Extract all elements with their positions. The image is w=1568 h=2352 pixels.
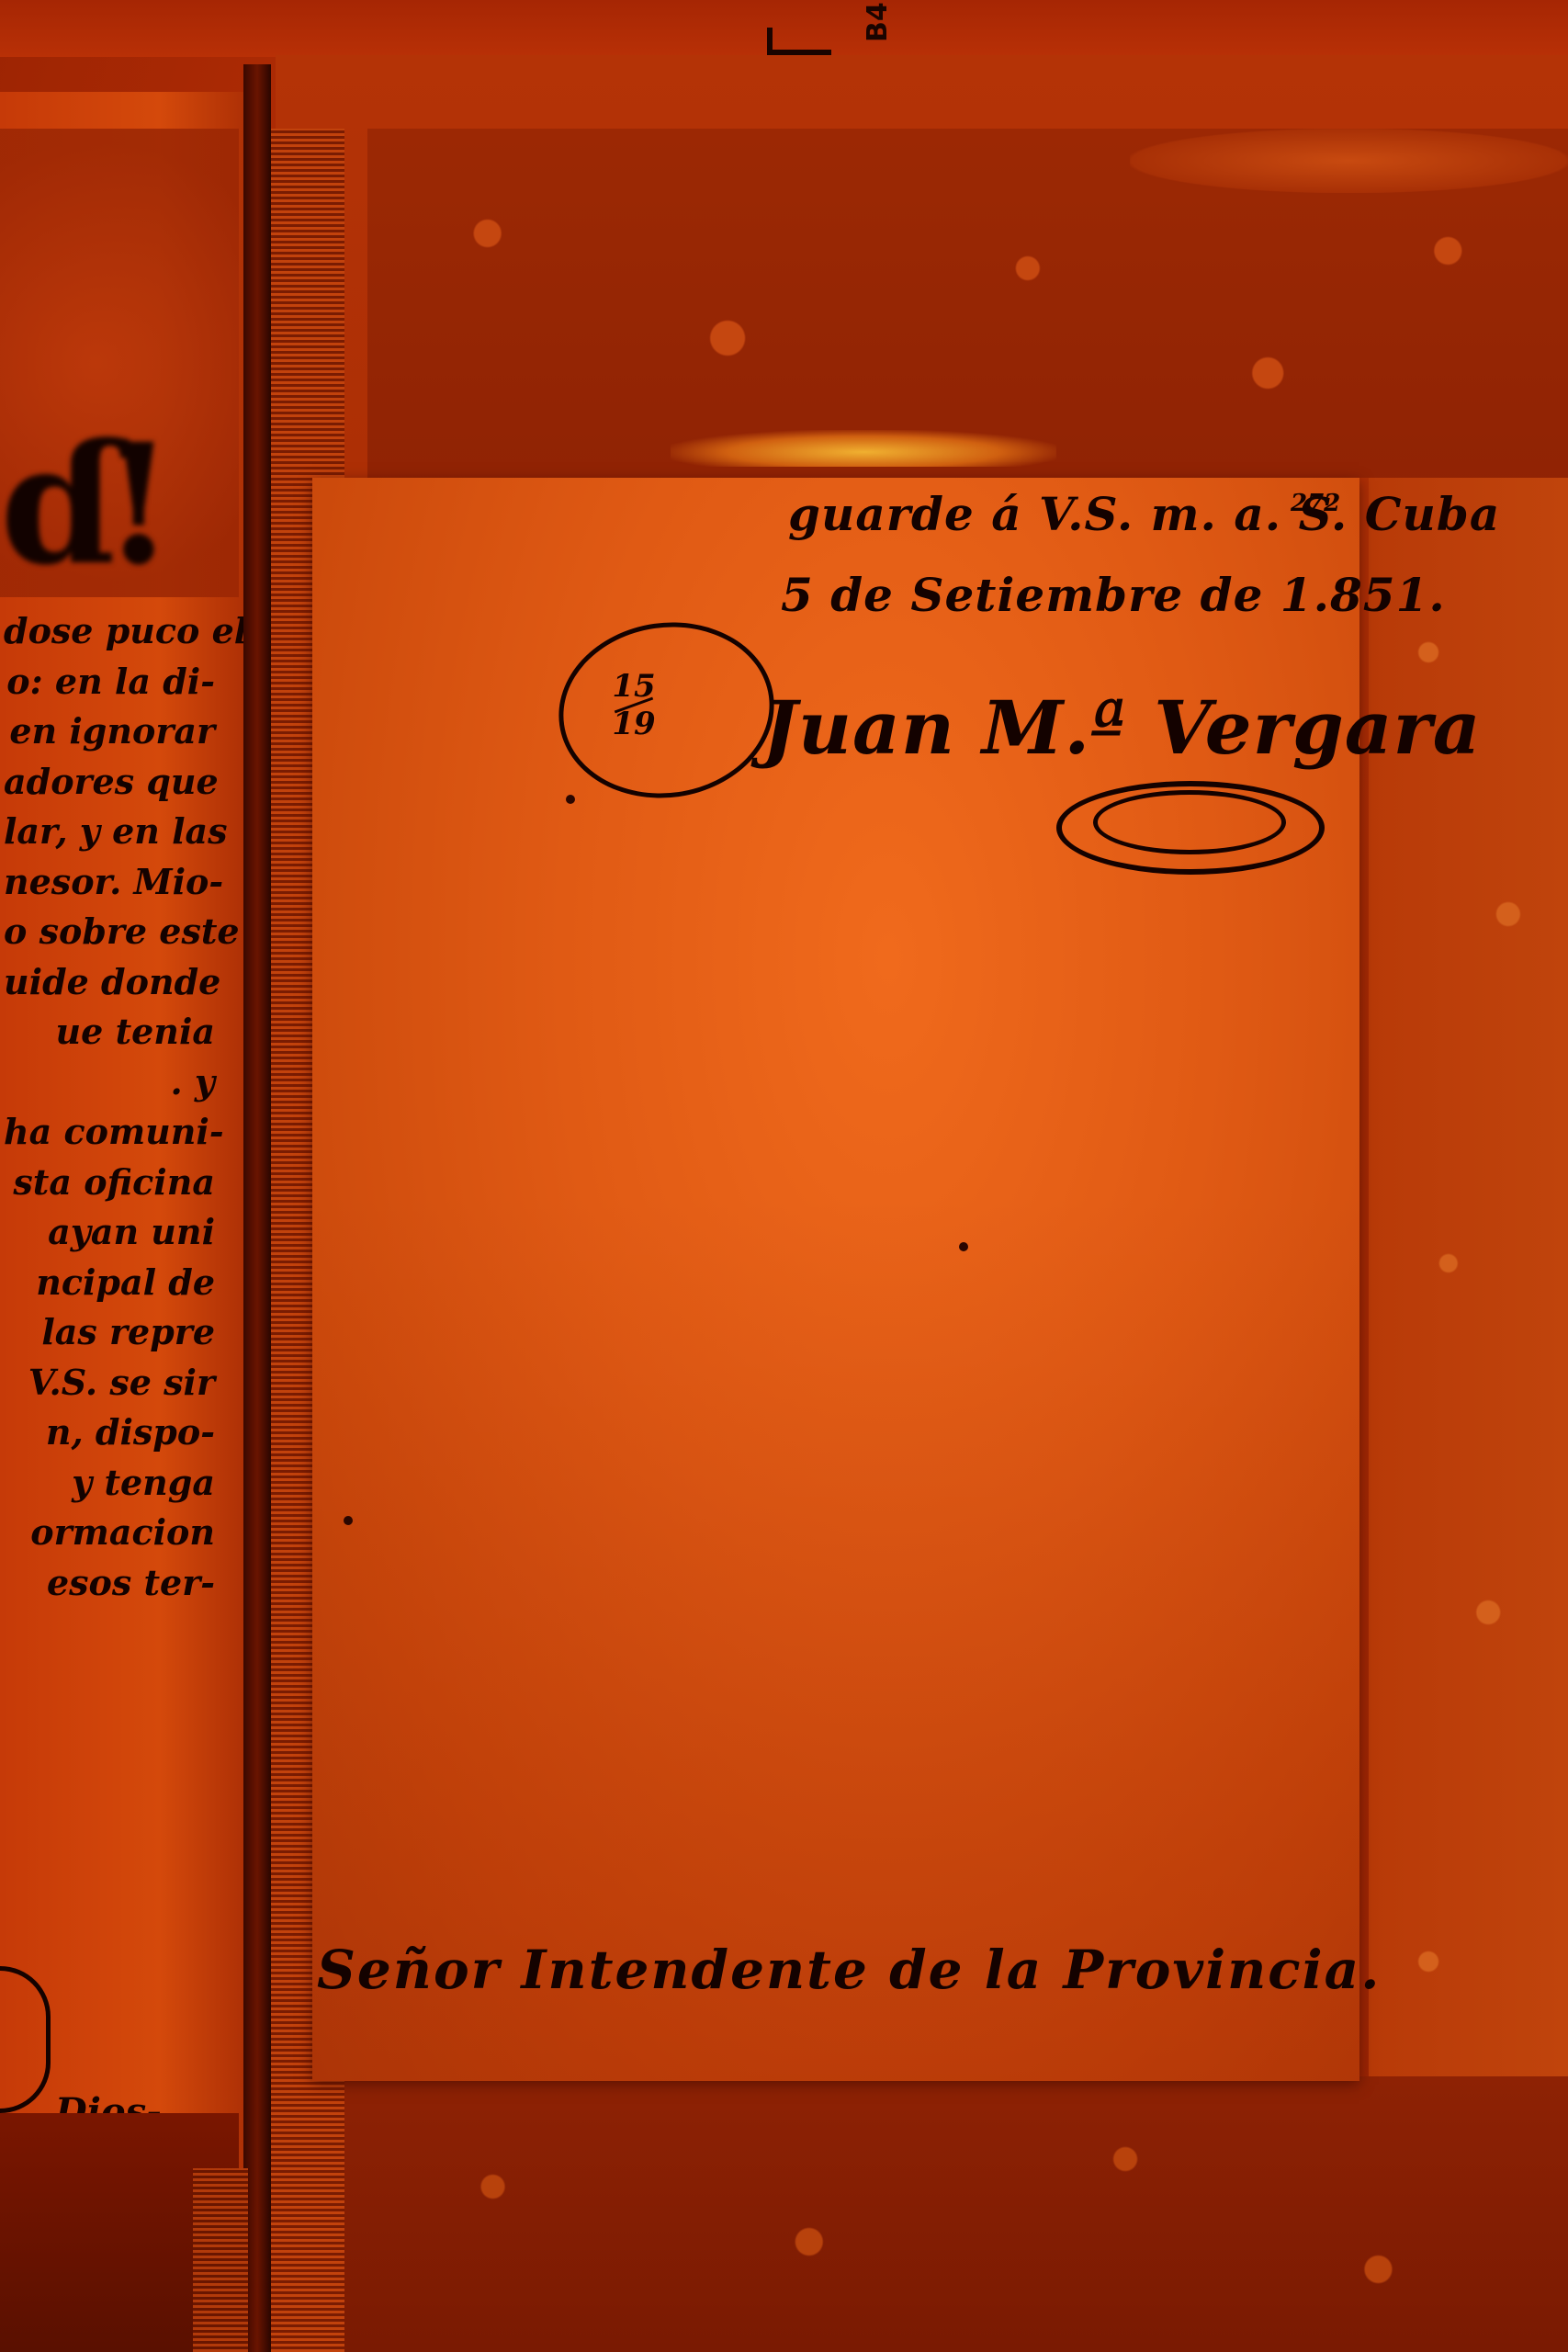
left-page-line: . y — [4, 1057, 215, 1108]
signature-rubric-inner — [1093, 790, 1286, 854]
seal-fraction: 15 19 — [606, 671, 661, 740]
left-page-line: uide donde — [4, 957, 215, 1008]
closing-line-2-date: 5 de Setiembre de 1.851. — [781, 568, 1446, 622]
left-page-line: V.S. se sir — [4, 1358, 215, 1408]
left-page-line: ha comuni- — [4, 1107, 215, 1158]
closing-line-1: guarde á V.S. m. a. S. Cuba — [788, 487, 1500, 541]
ruler-corner-mark — [767, 28, 831, 55]
paper-fold — [1130, 129, 1568, 193]
left-page-line: y tenga — [4, 1458, 215, 1509]
left-page-line: nesor. Mio- — [4, 857, 215, 908]
left-page-line: sta oficina — [4, 1158, 215, 1208]
ink-speck — [959, 1242, 968, 1251]
left-page-line: ue tenia — [4, 1007, 215, 1057]
bottom-texture — [303, 2076, 1568, 2352]
ruler-label: B4 — [862, 2, 894, 42]
left-page-line: las repre — [4, 1307, 215, 1358]
signature: Juan M.ª Vergara — [762, 684, 1482, 771]
ink-blot: ɗ! — [0, 413, 165, 597]
ink-speck — [566, 795, 575, 804]
left-page-line: dose puco el — [4, 606, 215, 657]
left-page-text: dose puco elo: en la di-en ignoraradores… — [4, 606, 215, 1608]
left-page-line: ayan uni — [4, 1207, 215, 1258]
left-page-line: lar, y en las — [4, 807, 215, 857]
binding-gutter — [243, 64, 271, 2352]
left-page-line: ncipal de — [4, 1258, 215, 1308]
left-page-line: ormacion — [4, 1508, 215, 1558]
left-page-line: adores que — [4, 757, 215, 808]
ink-speck — [344, 1516, 353, 1525]
addressee-line: Señor Intendente de la Provincia. — [317, 1939, 1381, 2001]
light-glare — [671, 430, 1056, 467]
left-page-line: o: en la di- — [4, 657, 215, 707]
left-page-line: n, dispo- — [4, 1408, 215, 1458]
binding-cloth-lower — [193, 2168, 248, 2352]
left-page-line: esos ter- — [4, 1558, 215, 1609]
left-page-line: en ignorar — [4, 707, 215, 757]
left-page-line: o sobre este — [4, 907, 215, 957]
